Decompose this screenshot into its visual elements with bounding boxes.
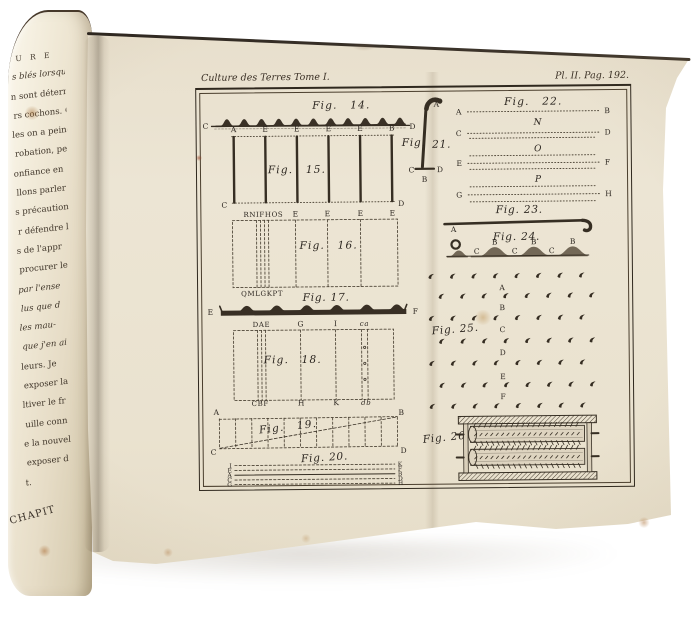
chapter-heading-fragment: CHAPIT bbox=[8, 504, 56, 527]
left-page-curl: U R E s blés lorsqu n sont déterm rs coc… bbox=[8, 10, 92, 596]
left-page-text-column: U R E s blés lorsqu n sont déterm rs coc… bbox=[9, 44, 81, 493]
gutter-shadow bbox=[84, 36, 110, 552]
book-photo: U R E s blés lorsqu n sont déterm rs coc… bbox=[0, 0, 700, 621]
